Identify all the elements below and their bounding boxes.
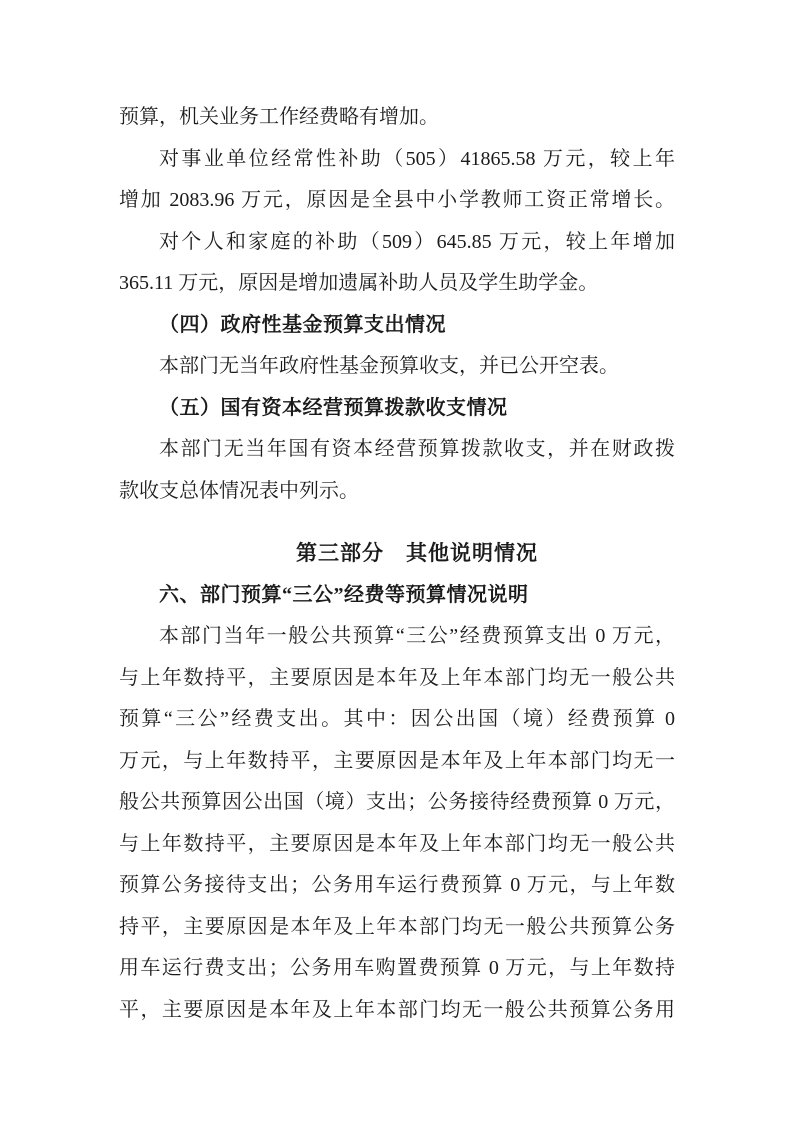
text-line: 般公共预算因公出国（境）支出；公务接待经费预算 0 万元， <box>119 782 675 824</box>
text-line: 对事业单位经常性补助（505）41865.58 万元，较上年 <box>119 139 675 181</box>
paragraph-subsidy-505: 对事业单位经常性补助（505）41865.58 万元，较上年增加 2083.96… <box>119 139 675 222</box>
text-line: 本部门无当年国有资本经营预算拨款收支，并在财政拨 <box>119 429 675 471</box>
document-content: 预算，机关业务工作经费略有增加。对事业单位经常性补助（505）41865.58 … <box>119 97 675 1031</box>
text-line: 预算公务接待支出；公务用车运行费预算 0 万元，与上年数 <box>119 865 675 907</box>
text-line: 增加 2083.96 万元，原因是全县中小学教师工资正常增长。 <box>119 180 675 222</box>
text-line: 平，主要原因是本年及上年本部门均无一般公共预算公务用 <box>119 990 675 1032</box>
paragraph-subsidy-509: 对个人和家庭的补助（509）645.85 万元，较上年增加365.11 万元，原… <box>119 222 675 305</box>
document-page: 预算，机关业务工作经费略有增加。对事业单位经常性补助（505）41865.58 … <box>0 0 793 1122</box>
paragraph-continuation: 预算，机关业务工作经费略有增加。 <box>119 97 675 139</box>
text-line: 对个人和家庭的补助（509）645.85 万元，较上年增加 <box>119 222 675 264</box>
text-line: 六、部门预算“三公”经费等预算情况说明 <box>119 575 675 617</box>
text-line: 365.11 万元，原因是增加遗属补助人员及学生助学金。 <box>119 263 675 305</box>
section-heading-5: （五）国有资本经营预算拨款收支情况 <box>119 388 675 430</box>
paragraph-sangong: 本部门当年一般公共预算“三公”经费预算支出 0 万元，与上年数持平，主要原因是本… <box>119 616 675 1031</box>
text-line: （四）政府性基金预算支出情况 <box>119 305 675 347</box>
text-line: 本部门当年一般公共预算“三公”经费预算支出 0 万元， <box>119 616 675 658</box>
text-line: 预算，机关业务工作经费略有增加。 <box>119 97 675 139</box>
text-line: 本部门无当年政府性基金预算收支，并已公开空表。 <box>119 346 675 388</box>
text-line: 用车运行费支出；公务用车购置费预算 0 万元，与上年数持 <box>119 948 675 990</box>
text-line: 与上年数持平，主要原因是本年及上年本部门均无一般公共 <box>119 658 675 700</box>
text-line: 与上年数持平，主要原因是本年及上年本部门均无一般公共 <box>119 824 675 866</box>
text-line: 万元，与上年数持平，主要原因是本年及上年本部门均无一 <box>119 741 675 783</box>
text-line: 预算“三公”经费支出。其中：因公出国（境）经费预算 0 <box>119 699 675 741</box>
text-line: 持平，主要原因是本年及上年本部门均无一般公共预算公务 <box>119 907 675 949</box>
section-heading-4: （四）政府性基金预算支出情况 <box>119 305 675 347</box>
text-line: （五）国有资本经营预算拨款收支情况 <box>119 388 675 430</box>
paragraph-state-capital: 本部门无当年国有资本经营预算拨款收支，并在财政拨款收支总体情况表中列示。 <box>119 429 675 512</box>
paragraph-gov-fund: 本部门无当年政府性基金预算收支，并已公开空表。 <box>119 346 675 388</box>
part-title: 第三部分 其他说明情况 <box>119 533 675 575</box>
section-heading-6: 六、部门预算“三公”经费等预算情况说明 <box>119 575 675 617</box>
text-line: 款收支总体情况表中列示。 <box>119 471 675 513</box>
text-line: 第三部分 其他说明情况 <box>119 533 675 575</box>
